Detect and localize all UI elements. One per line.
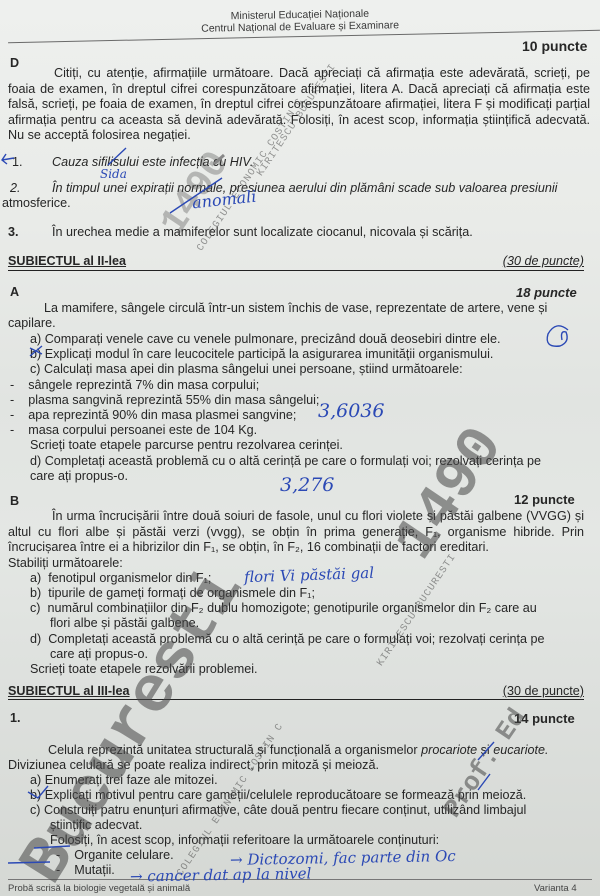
pencil-mark [214,155,224,164]
pen-marks [0,0,600,896]
check-mark-b3 [28,786,48,798]
strike-sifilis [108,148,126,165]
slash-marks [478,742,494,790]
exam-page: Ministerul Educației Naționale Centrul N… [0,0,600,896]
arrow-mark-1 [2,154,14,164]
underline-marks [8,846,70,863]
strike-normale [170,178,222,213]
scribble-mark [547,326,568,346]
cross-mark-b [30,346,42,356]
